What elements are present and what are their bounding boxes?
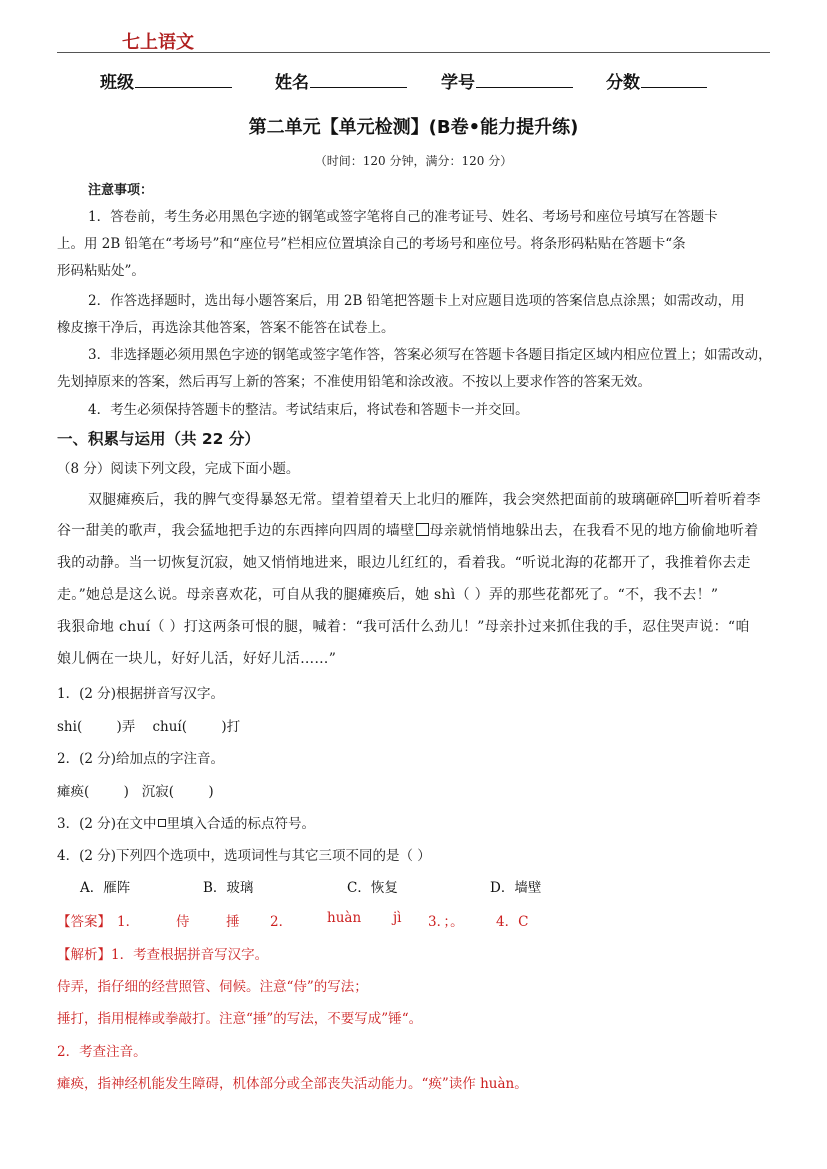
notice-heading: 注意事项： — [88, 179, 153, 198]
question-1-stem: 1．(2 分)根据拼音写汉字。 — [57, 682, 224, 702]
header-divider — [57, 52, 770, 53]
question-4-stem: 4．(2 分)下列四个选项中，选项词性与其它三项不同的是（ ） — [57, 844, 431, 864]
student-info-row: 班级 姓名 学号 分数 — [0, 68, 827, 96]
score-field[interactable]: 分数 — [606, 68, 707, 93]
notice-line: 2．作答选择题时，选出每小题答案后，用 2B 铅笔把答题卡上对应题目选项的答案信… — [88, 289, 745, 309]
class-blank[interactable] — [135, 69, 232, 88]
box-symbol-icon — [158, 819, 166, 827]
name-blank[interactable] — [310, 69, 407, 88]
analysis-label: 【解析】 — [57, 947, 111, 963]
answer-item: 2． — [270, 910, 292, 930]
notice-line: 1．答卷前，考生务必用黑色字迹的钢笔或签字笔将自己的准考证号、姓名、考场号和座位… — [88, 205, 718, 225]
answer-item: jì — [393, 910, 402, 926]
header-title: 七上语文 — [122, 28, 194, 54]
answer-item: 捶 — [226, 910, 240, 930]
analysis-line: 2．考查注音。 — [57, 1040, 147, 1060]
analysis-line: 瘫痪，指神经机能发生障碍，机体部分或全部丧失活动能力。“痪”读作 huàn。 — [57, 1072, 528, 1092]
class-field[interactable]: 班级 — [100, 68, 232, 93]
question-2-stem: 2．(2 分)给加点的字注音。 — [57, 747, 224, 767]
answer-label: 【答案】 — [57, 910, 111, 930]
question-2-blanks[interactable]: 瘫痪( ) 沉寂( ) — [57, 780, 214, 800]
student-id-blank[interactable] — [476, 69, 573, 88]
punctuation-blank-box[interactable] — [416, 523, 429, 536]
section-intro: （8 分）阅读下列文段，完成下面小题。 — [57, 457, 299, 477]
notice-line: 上。用 2B 铅笔在“考场号”和“座位号”栏相应位置填涂自己的考场号和座位号。将… — [57, 232, 686, 252]
option-b[interactable]: B．玻璃 — [203, 876, 253, 896]
analysis-line: 侍弄，指仔细的经营照管、伺候。注意“侍”的写法； — [57, 975, 368, 995]
name-field[interactable]: 姓名 — [275, 68, 407, 93]
student-id-field[interactable]: 学号 — [441, 68, 573, 93]
answer-item: 3．；。 — [428, 910, 464, 930]
student-id-label: 学号 — [441, 73, 475, 93]
passage-line: 娘儿俩在一块儿，好好儿活，好好儿活……” — [57, 648, 336, 668]
notice-line: 形码粘贴处”。 — [57, 259, 145, 279]
answer-item: 4．C — [496, 910, 528, 930]
passage-line: 我狠命地 chuí（ ）打这两条可恨的腿，喊着：“我可活什么劲儿！”母亲扑过来抓… — [57, 616, 750, 636]
question-3-stem: 3．(2 分)在文中里填入合适的标点符号。 — [57, 812, 315, 832]
name-label: 姓名 — [275, 73, 309, 93]
document-title: 第二单元【单元检测】(B卷•能力提升练) — [0, 113, 827, 139]
notice-line: 4．考生必须保持答题卡的整洁。考试结束后，将试卷和答题卡一并交回。 — [88, 398, 529, 418]
section-heading: 一、积累与运用（共 22 分） — [57, 427, 260, 449]
passage-line: 我的动静。当一切恢复沉寂，她又悄悄地进来，眼边儿红红的，看着我。“听说北海的花都… — [57, 552, 751, 572]
option-d[interactable]: D．墙壁 — [490, 876, 541, 896]
notice-line: 橡皮擦干净后，再选涂其他答案，答案不能答在试卷上。 — [57, 316, 395, 336]
question-1-blanks[interactable]: shi( )弄 chuí( )打 — [57, 715, 240, 735]
analysis-line: 捶打，指用棍棒或拳敲打。注意“捶”的写法，不要写成”锤“。 — [57, 1007, 422, 1027]
passage-line: 谷一甜美的歌声，我会猛地把手边的东西摔向四周的墙壁母亲就悄悄地躲出去，在我看不见… — [57, 520, 758, 540]
score-label: 分数 — [606, 73, 640, 93]
class-label: 班级 — [100, 73, 134, 93]
answer-item: 1． — [117, 910, 139, 930]
option-c[interactable]: C．恢复 — [347, 876, 398, 896]
punctuation-blank-box[interactable] — [675, 492, 688, 505]
passage-line: 走。”她总是这么说。母亲喜欢花，可自从我的腿瘫痪后，她 shì（ ）弄的那些花都… — [57, 584, 718, 604]
answer-item: huàn — [327, 910, 361, 926]
passage-line: 双腿瘫痪后，我的脾气变得暴怒无常。望着望着天上北归的雁阵，我会突然把面前的玻璃砸… — [88, 489, 761, 509]
answer-item: 侍 — [176, 910, 190, 930]
option-a[interactable]: A．雁阵 — [80, 876, 130, 896]
score-blank[interactable] — [641, 69, 707, 88]
notice-line: 先划掉原来的答案，然后再写上新的答案；不准使用铅笔和涂改液。不按以上要求作答的答… — [57, 370, 651, 390]
exam-time-score: （时间：120 分钟，满分：120 分） — [0, 152, 827, 169]
notice-line: 3．非选择题必须用黑色字迹的钢笔或签字笔作答，答案必须写在答题卡各题目指定区域内… — [88, 343, 772, 363]
analysis-heading: 【解析】1．考查根据拼音写汉字。 — [57, 943, 268, 963]
